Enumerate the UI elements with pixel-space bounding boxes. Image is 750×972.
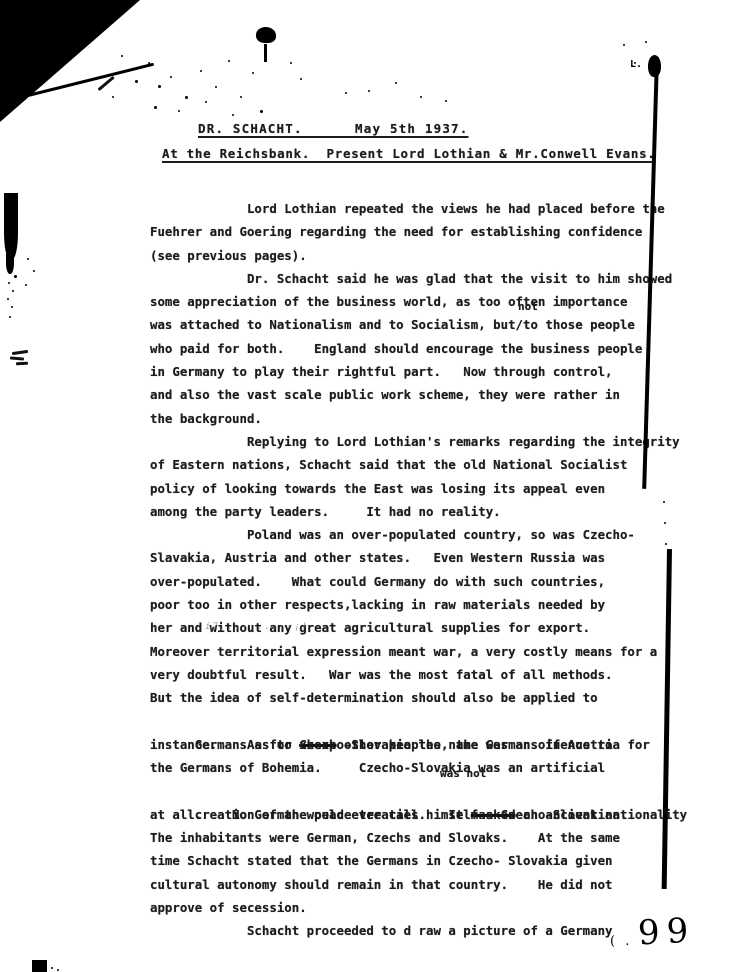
document-line: the background. (150, 407, 690, 430)
scan-speck (215, 86, 217, 88)
document-subtitle: At the Reichsbank. Present Lord Lothian … (162, 146, 656, 161)
scan-artifact-scribble (10, 356, 24, 360)
document-line: in Germany to play their rightful part. … (150, 360, 690, 383)
document-line: poor too in other respects,lacking in ra… (150, 593, 690, 616)
document-line: The inhabitants were German, Czechs and … (150, 826, 690, 849)
document-line: time Schacht stated that the Germans in … (150, 849, 690, 872)
scan-speck (420, 96, 422, 98)
scan-speck (228, 60, 230, 62)
document-line: Slavakia, Austria and other states. Even… (150, 546, 690, 569)
scan-speck (12, 290, 14, 292)
scan-speck (51, 967, 53, 969)
scan-speck (178, 110, 180, 112)
scan-speck (6, 262, 9, 265)
document-body: Lord Lothian repeated the views he had p… (150, 197, 690, 943)
document-line: (see previous pages). (150, 244, 690, 267)
scan-artifact-scribble (12, 350, 28, 355)
document-line: very doubtful result. War was the most f… (150, 663, 690, 686)
scan-speck (290, 62, 292, 64)
scan-artifact-left-edge-bar (4, 193, 18, 259)
scan-artifact-corner-triangle (0, 0, 140, 122)
scan-speck (300, 78, 302, 80)
scan-speck (664, 522, 666, 524)
document-line: creation of the peace treaties. It maske… (150, 779, 690, 802)
document-line: But the idea of self-determination shoul… (150, 686, 690, 709)
document-line: policy of looking towards the East was l… (150, 477, 690, 500)
document-title: DR. SCHACHT. May 5th 1937. (198, 121, 469, 136)
document-line: Dr. Schacht said he was glad that the vi… (150, 267, 690, 290)
scan-artifact-fold-line-blob (648, 55, 661, 77)
scan-speck (368, 90, 370, 92)
document-line: cultural autonomy should remain in that … (150, 873, 690, 896)
document-line: the Germans of Bohemia. Czecho-Slovakia … (150, 756, 690, 779)
scan-speck (14, 275, 17, 278)
document-line: was attached to Nationalism and to Socia… (150, 313, 690, 336)
scan-speck (11, 306, 13, 308)
scan-speck (185, 96, 188, 99)
document-line: over-populated. What could Germany do wi… (150, 570, 690, 593)
scan-artifact-scribble (16, 362, 28, 365)
scan-artifact-margin-mark: Ŀ. (630, 59, 642, 70)
scan-speck (260, 110, 263, 113)
scan-speck (135, 80, 138, 83)
document-line: among the party leaders. It had no reali… (150, 500, 690, 523)
scan-speck (205, 101, 207, 103)
scan-speck (645, 41, 647, 43)
document-line: who paid for both. England should encour… (150, 337, 690, 360)
document-line: of Eastern nations, Schacht said that th… (150, 453, 690, 476)
scan-speck (148, 62, 150, 64)
handwritten-corner-marks: ( . (610, 934, 632, 949)
scan-speck (25, 284, 27, 286)
scanned-document-page: DR. SCHACHT. May 5th 1937. At the Reichs… (0, 0, 750, 972)
scan-speck (232, 114, 234, 116)
scan-speck (240, 96, 242, 98)
scan-speck (9, 316, 11, 318)
document-line: and also the vast scale public work sche… (150, 383, 690, 406)
scan-speck (445, 100, 447, 102)
document-line: Moreover territorial expression meant wa… (150, 640, 690, 663)
scan-artifact-ink-blob (256, 27, 276, 43)
scan-speck (170, 76, 172, 78)
scan-speck (252, 72, 254, 74)
scan-speck (57, 969, 59, 971)
scan-speck (623, 44, 625, 46)
scan-speck (27, 258, 29, 260)
scan-speck (395, 82, 397, 84)
scan-speck (200, 70, 202, 72)
typed-insert-was-not: was not (440, 767, 486, 780)
document-line: Fuehrer and Goering regarding the need f… (150, 220, 690, 243)
scan-speck (7, 298, 9, 300)
document-line: instance. As for Czecho-Slovakia the nam… (150, 733, 690, 756)
document-line: approve of secession. (150, 896, 690, 919)
document-line: Lord Lothian repeated the views he had p… (150, 197, 690, 220)
scan-speck (154, 106, 157, 109)
scan-speck (663, 501, 665, 503)
scan-speck (345, 92, 347, 94)
document-line: Schacht proceeded to d raw a picture of … (150, 919, 690, 942)
scan-speck (121, 55, 123, 57)
document-line: Replying to Lord Lothian's remarks regar… (150, 430, 690, 453)
scan-artifact-bottom-left-mark (32, 960, 47, 972)
document-line: Germans as to xhexp other peoples, the G… (150, 710, 690, 733)
scan-speck (33, 270, 35, 272)
scan-speck (112, 96, 114, 98)
document-line: at all. No German would ever call himsel… (150, 803, 690, 826)
scan-speck (158, 85, 161, 88)
pencil-annotation: í7,,.·,...··¡! (205, 622, 309, 632)
handwritten-page-number: 99 (637, 911, 696, 954)
typed-insert-not: not (518, 300, 538, 313)
document-line: some appreciation of the business world,… (150, 290, 690, 313)
scan-speck (11, 268, 13, 270)
scan-speck (665, 543, 667, 545)
scan-artifact-ink-tail (264, 44, 267, 62)
document-line: Poland was an over-populated country, so… (150, 523, 690, 546)
scan-speck (8, 282, 10, 284)
